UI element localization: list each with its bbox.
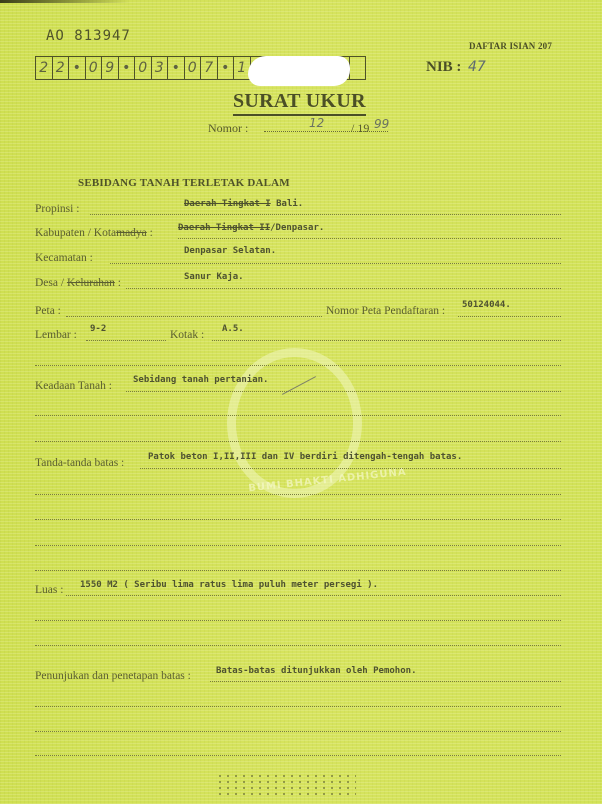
nomor-peta-dotted-line xyxy=(458,316,561,317)
nomor-peta-value: 50124044. xyxy=(462,300,511,310)
code-box: • xyxy=(69,57,86,79)
code-box: • xyxy=(168,57,185,79)
propinsi-text: Bali. xyxy=(271,199,304,209)
desa-dotted-line xyxy=(126,288,561,289)
tanda-batas-value: Patok beton I,II,III dan IV berdiri dite… xyxy=(148,452,462,462)
dotted-line xyxy=(35,645,561,646)
kabupaten-text: /Denpasar. xyxy=(270,223,324,233)
keadaan-dotted-line xyxy=(126,391,561,392)
code-box-empty xyxy=(350,57,367,79)
kabupaten-label-prefix: Kabupaten / Kota xyxy=(35,227,116,239)
dotted-line xyxy=(35,731,561,732)
nib-value: 47 xyxy=(468,59,486,75)
penunjukan-dotted-line xyxy=(210,681,561,682)
propinsi-struck-text: Daerah Tingkat I xyxy=(184,199,271,209)
kabupaten-label: Kabupaten / Kotamadya : xyxy=(35,227,153,239)
dotted-line xyxy=(35,365,561,366)
nib-label: NIB : xyxy=(426,59,461,76)
lembar-label: Lembar : xyxy=(35,329,77,341)
code-box: 7 xyxy=(201,57,218,79)
perforation-mark xyxy=(216,773,356,797)
page-title: SURAT UKUR xyxy=(233,90,366,116)
nomor-year-value: 99 xyxy=(374,117,389,131)
nomor-dotted-line xyxy=(264,130,388,132)
nomor-peta-label: Nomor Peta Pendaftaran : xyxy=(326,305,445,317)
desa-label: Desa / Kelurahan : xyxy=(35,277,121,289)
desa-value: Sanur Kaja. xyxy=(184,272,244,282)
nomor-value: 12 xyxy=(309,116,324,130)
code-box: • xyxy=(119,57,136,79)
peta-label: Peta : xyxy=(35,305,61,317)
kecamatan-label: Kecamatan : xyxy=(35,252,93,264)
dotted-line xyxy=(35,494,561,495)
kabupaten-value: Daerah Tingkat II/Denpasar. xyxy=(178,223,324,233)
dotted-line xyxy=(35,620,561,621)
keadaan-value: Sebidang tanah pertanian. xyxy=(133,375,268,385)
dotted-line xyxy=(35,755,561,756)
dotted-line xyxy=(35,570,561,571)
form-label: DAFTAR ISIAN 207 xyxy=(469,41,552,51)
kecamatan-dotted-line xyxy=(110,263,561,264)
dotted-line xyxy=(35,519,561,520)
kabupaten-label-suffix: : xyxy=(147,227,153,239)
code-box: 2 xyxy=(36,57,53,79)
code-box: 0 xyxy=(135,57,152,79)
propinsi-dotted-line xyxy=(90,214,561,215)
desa-label-suffix: : xyxy=(115,277,121,289)
nomor-year-prefix: / 19 xyxy=(351,121,369,136)
code-box: 0 xyxy=(185,57,202,79)
kecamatan-value: Denpasar Selatan. xyxy=(184,246,276,256)
kotak-label: Kotak : xyxy=(170,329,204,341)
desa-label-struck: Kelurahan xyxy=(67,277,115,289)
lembar-value: 9-2 xyxy=(90,324,106,334)
dotted-line xyxy=(35,545,561,546)
code-box: 2 xyxy=(53,57,70,79)
code-box: 9 xyxy=(102,57,119,79)
propinsi-label: Propinsi : xyxy=(35,203,79,215)
dotted-line xyxy=(35,441,561,442)
dotted-line xyxy=(35,706,561,707)
keadaan-label: Keadaan Tanah : xyxy=(35,380,112,392)
desa-label-prefix: Desa / xyxy=(35,277,67,289)
kabupaten-struck-text: Daerah Tingkat II xyxy=(178,223,270,233)
luas-label: Luas : xyxy=(35,584,63,596)
code-box: 3 xyxy=(152,57,169,79)
dotted-line xyxy=(35,415,561,416)
section-heading: SEBIDANG TANAH TERLETAK DALAM xyxy=(78,177,290,189)
peta-dotted-line xyxy=(66,316,322,317)
redaction-patch xyxy=(248,56,350,86)
kabupaten-dotted-line xyxy=(178,238,561,239)
scan-edge-shadow xyxy=(0,0,130,3)
tanda-batas-label: Tanda-tanda batas : xyxy=(35,457,124,469)
code-box: 0 xyxy=(86,57,103,79)
nomor-label: Nomor : xyxy=(208,121,248,136)
penunjukan-label: Penunjukan dan penetapan batas : xyxy=(35,670,191,682)
kotak-value: A.5. xyxy=(222,324,244,334)
kabupaten-label-struck: madya xyxy=(116,227,147,239)
luas-value: 1550 M2 ( Seribu lima ratus lima puluh m… xyxy=(80,580,378,590)
tanda-batas-dotted-line xyxy=(140,468,561,469)
lembar-dotted-line xyxy=(86,340,166,341)
luas-dotted-line xyxy=(66,595,561,596)
penunjukan-value: Batas-batas ditunjukkan oleh Pemohon. xyxy=(216,666,416,676)
propinsi-value: Daerah Tingkat I Bali. xyxy=(184,199,303,209)
serial-number: AO 813947 xyxy=(46,28,131,44)
kotak-dotted-line xyxy=(212,340,561,341)
code-box: • xyxy=(218,57,235,79)
